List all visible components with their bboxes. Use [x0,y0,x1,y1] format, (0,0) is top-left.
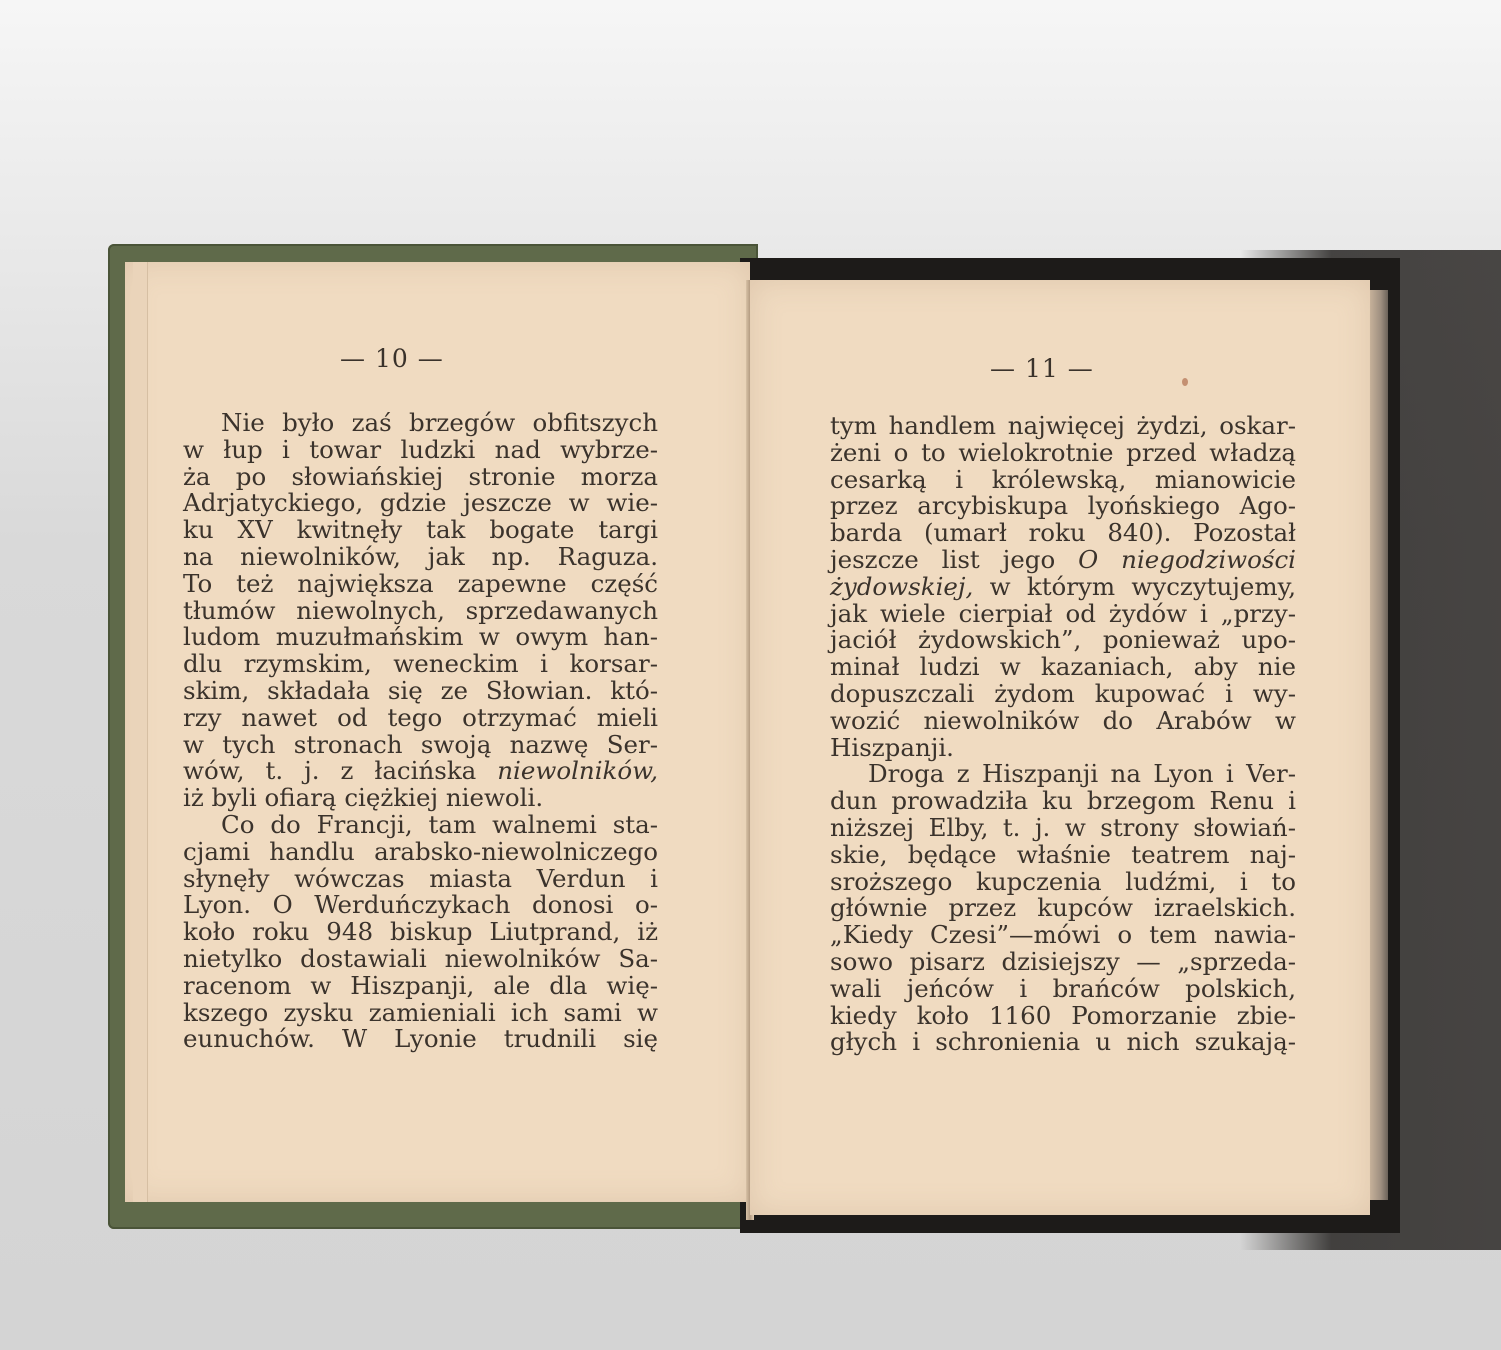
text-line: To też największa zapewne część [183,571,658,598]
italic-word: niewolników, [497,756,658,785]
text-line: eunuchów. W Lyonie trudnili się [183,1026,658,1053]
text-line: sroższego kupczenia ludźmi, i to [830,869,1296,896]
italic-title: żydowskiej, [830,572,973,601]
left-page-text: Nie było zaś brzegów obfitszych w łup i … [183,410,658,1053]
text-line: Droga z Hiszpanji na Lyon i Ver- [830,761,1296,788]
right-page-text: tym handlem najwięcej żydzi, oskar- żeni… [830,413,1296,1056]
text-line: dun prowadziła ku brzegom Renu i [830,788,1296,815]
text-line: dlu rzymskim, weneckim i korsar- [183,651,658,678]
italic-title: O niegodziwości [1078,545,1296,574]
text-line: żeni o to wielokrotnie przed władzą [830,440,1296,467]
text-line: kszego zysku zamieniali ich sami w [183,1000,658,1027]
text-line: koło roku 948 biskup Liutprand, iż [183,919,658,946]
page-number-right: — 11 — [990,354,1094,383]
text-line: nietylko dostawiali niewolników Sa- [183,946,658,973]
text-fragment: wów, t. j. z łacińska [183,756,497,785]
text-line: ku XV kwitnęły tak bogate targi [183,517,658,544]
text-fragment: w którym wyczytujemy, [973,572,1296,601]
text-line: w łup i towar ludzki nad wybrze- [183,437,658,464]
text-line: jaciół żydowskich”, ponieważ upo- [830,627,1296,654]
text-line: na niewolników, jak np. Raguza. [183,544,658,571]
text-line: wów, t. j. z łacińska niewolników, [183,758,658,785]
text-line: rzy nawet od tego otrzymać mieli [183,705,658,732]
text-line: jeszcze list jego O niegodziwości [830,547,1296,574]
text-line: Nie było zaś brzegów obfitszych [183,410,658,437]
text-line: niższej Elby, t. j. w strony słowiań- [830,815,1296,842]
text-line: barda (umarł roku 840). Pozostał [830,520,1296,547]
text-line: jak wiele cierpiał od żydów i „przy- [830,601,1296,628]
text-line: Adrjatyckiego, gdzie jeszcze w wie- [183,490,658,517]
text-line: iż byli ofiarą ciężkiej niewoli. [183,785,658,812]
text-line: wozić niewolników do Arabów w [830,708,1296,735]
text-line: skim, składała się ze Słowian. któ- [183,678,658,705]
text-line: Co do Francji, tam walnemi sta- [183,812,658,839]
right-page: — 11 — tym handlem najwięcej żydzi, oska… [750,280,1370,1215]
text-line: kiedy koło 1160 Pomorzanie zbie- [830,1003,1296,1030]
text-line: przez arcybiskupa lyońskiego Ago- [830,493,1296,520]
text-line: tym handlem najwięcej żydzi, oskar- [830,413,1296,440]
text-line: głównie przez kupców izraelskich. [830,895,1296,922]
text-fragment: jeszcze list jego [830,545,1078,574]
text-line: tłumów niewolnych, sprzedawanych [183,598,658,625]
text-line: ludom muzułmańskim w owym han- [183,624,658,651]
text-line: racenom w Hiszpanji, ale dla wię- [183,973,658,1000]
text-line: „Kiedy Czesi”—mówi o tem nawia- [830,922,1296,949]
ink-stain [1182,378,1188,386]
text-line: cjami handlu arabsko-niewolniczego [183,839,658,866]
left-page: — 10 — Nie było zaś brzegów obfitszych w… [125,262,750,1202]
text-line: Hiszpanji. [830,735,1296,762]
text-line: wali jeńców i brańców polskich, [830,976,1296,1003]
text-line: w tych stronach swoją nazwę Ser- [183,732,658,759]
page-number-left: — 10 — [340,344,444,373]
text-line: głych i schronienia u nich szukają- [830,1029,1296,1056]
text-line: cesarką i królewską, mianowicie [830,467,1296,494]
text-line: skie, będące właśnie teatrem naj- [830,842,1296,869]
text-line: dopuszczali żydom kupować i wy- [830,681,1296,708]
text-line: sowo pisarz dzisiejszy — „sprzeda- [830,949,1296,976]
text-line: słynęły wówczas miasta Verdun i [183,866,658,893]
text-line: Lyon. O Werduńczykach donosi o- [183,892,658,919]
text-line: minał ludzi w kazaniach, aby nie [830,654,1296,681]
text-line: żydowskiej, w którym wyczytujemy, [830,574,1296,601]
text-line: ża po słowiańskiej stronie morza [183,464,658,491]
